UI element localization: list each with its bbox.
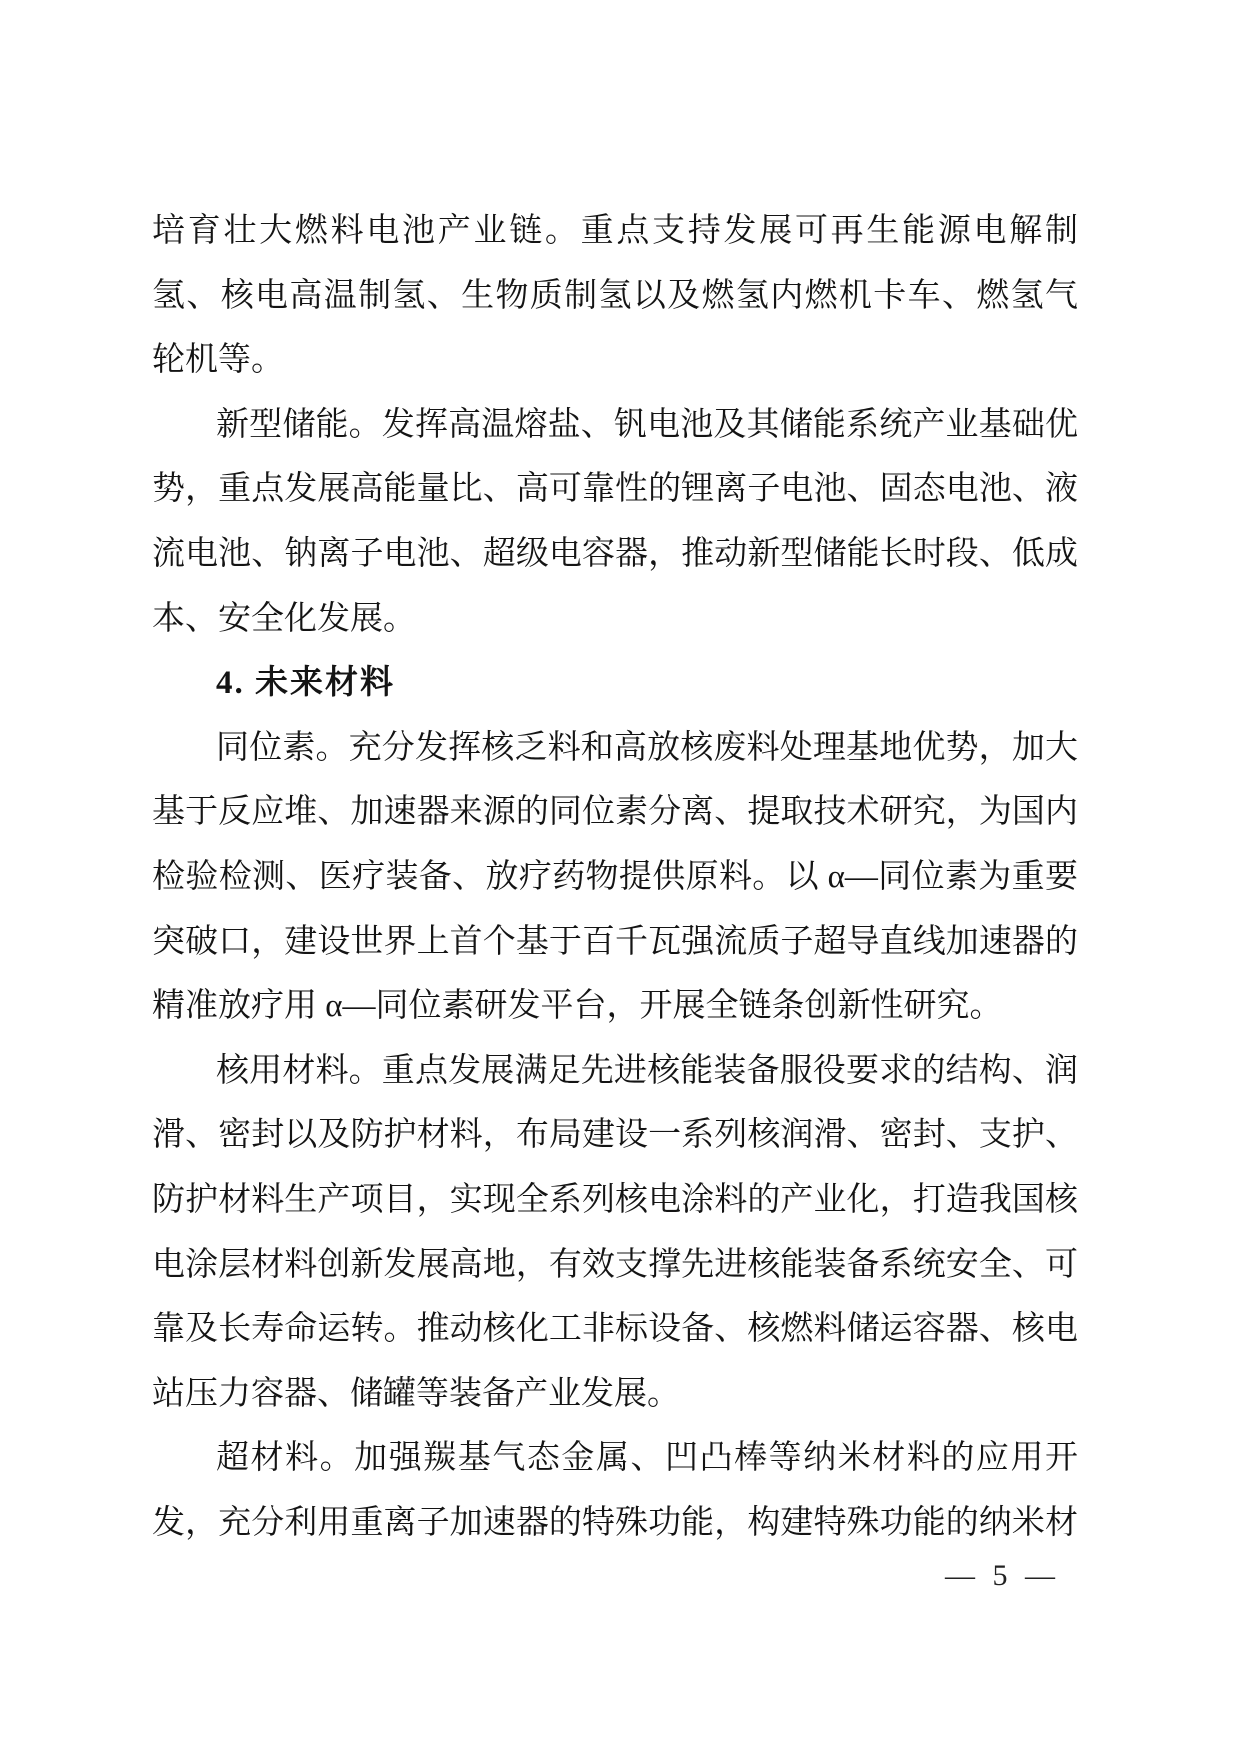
text-line: 靠及长寿命运转。推动核化工非标设备、核燃料储运容器、核电 xyxy=(152,1297,1078,1362)
text-line: 势，重点发展高能量比、高可靠性的锂离子电池、固态电池、液 xyxy=(152,457,1078,522)
text-line: 新型储能。发挥高温熔盐、钒电池及其储能系统产业基础优 xyxy=(152,393,1078,458)
text-line: 滑、密封以及防护材料，布局建设一系列核润滑、密封、支护、 xyxy=(152,1103,1078,1168)
text-line: 站压力容器、储罐等装备产业发展。 xyxy=(152,1362,1078,1427)
text-line: 超材料。加强羰基气态金属、凹凸棒等纳米材料的应用开 xyxy=(152,1426,1078,1491)
text-line: 发，充分利用重离子加速器的特殊功能，构建特殊功能的纳米材 xyxy=(152,1491,1078,1556)
text-line: 突破口，建设世界上首个基于百千瓦强流质子超导直线加速器的 xyxy=(152,910,1078,975)
page-number: — 5 — xyxy=(920,1556,1080,1596)
text-line: 防护材料生产项目，实现全系列核电涂料的产业化，打造我国核 xyxy=(152,1168,1078,1233)
text-line: 本、安全化发展。 xyxy=(152,587,1078,652)
text-line: 基于反应堆、加速器来源的同位素分离、提取技术研究，为国内 xyxy=(152,780,1078,845)
text-line: 轮机等。 xyxy=(152,328,1078,393)
page-body: 培育壮大燃料电池产业链。重点支持发展可再生能源电解制 氢、核电高温制氢、生物质制… xyxy=(152,199,1078,1555)
text-line: 精准放疗用 α—同位素研发平台，开展全链条创新性研究。 xyxy=(152,974,1078,1039)
section-heading: 4. 未来材料 xyxy=(152,651,1078,716)
text-line: 核用材料。重点发展满足先进核能装备服役要求的结构、润 xyxy=(152,1039,1078,1104)
text-line: 流电池、钠离子电池、超级电容器，推动新型储能长时段、低成 xyxy=(152,522,1078,587)
text-line: 氢、核电高温制氢、生物质制氢以及燃氢内燃机卡车、燃氢气 xyxy=(152,264,1078,329)
text-line: 同位素。充分发挥核乏料和高放核废料处理基地优势，加大 xyxy=(152,716,1078,781)
text-line: 检验检测、医疗装备、放疗药物提供原料。以 α—同位素为重要 xyxy=(152,845,1078,910)
text-line: 培育壮大燃料电池产业链。重点支持发展可再生能源电解制 xyxy=(152,199,1078,264)
document-page: { "page": { "background": "#ffffff", "te… xyxy=(0,0,1241,1754)
text-line: 电涂层材料创新发展高地，有效支撑先进核能装备系统安全、可 xyxy=(152,1233,1078,1298)
